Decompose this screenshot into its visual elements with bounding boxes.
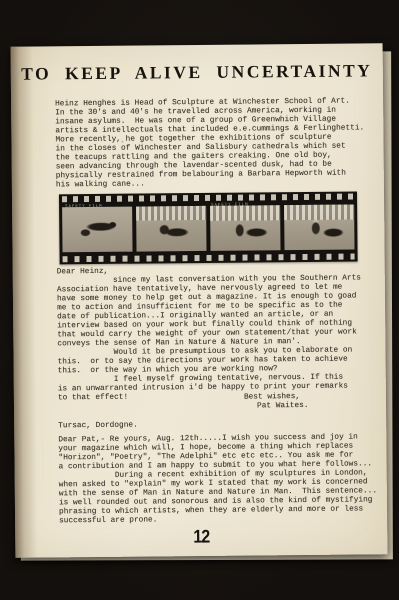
reply-location: Tursac, Dordogne.	[58, 422, 138, 432]
letter-signature: Pat Waites.	[257, 402, 309, 411]
binding-shadow	[11, 47, 38, 558]
magazine-page: TO KEEP ALIVE UNCERTAINTY Heinz Henghes …	[11, 43, 388, 558]
film-frame-photo	[284, 205, 354, 251]
film-sprocket-holes-top-icon	[62, 194, 354, 203]
page-title: TO KEEP ALIVE UNCERTAINTY	[11, 60, 383, 85]
page-number: 12	[15, 526, 387, 550]
paper-speck	[70, 298, 72, 300]
letter-body: since my last conversation with you the …	[57, 274, 362, 403]
paper-speck	[121, 141, 123, 143]
film-frames	[62, 205, 354, 253]
intro-paragraph: Heinz Henghes is Head of Sculpture at Wi…	[55, 97, 365, 190]
film-frame-photo	[210, 205, 280, 251]
film-strip: SAFETY FILM SAFETY FILM	[59, 191, 358, 264]
reply-body: Dear Pat,- Re yours, Aug. 12th.....I wis…	[58, 433, 377, 526]
film-frame-photo	[136, 206, 206, 252]
paper-speck	[97, 304, 99, 306]
film-frame-photo	[62, 207, 132, 253]
film-sprocket-holes-bottom-icon	[63, 254, 355, 263]
photo-backdrop: TO KEEP ALIVE UNCERTAINTY Heinz Henghes …	[0, 0, 399, 600]
